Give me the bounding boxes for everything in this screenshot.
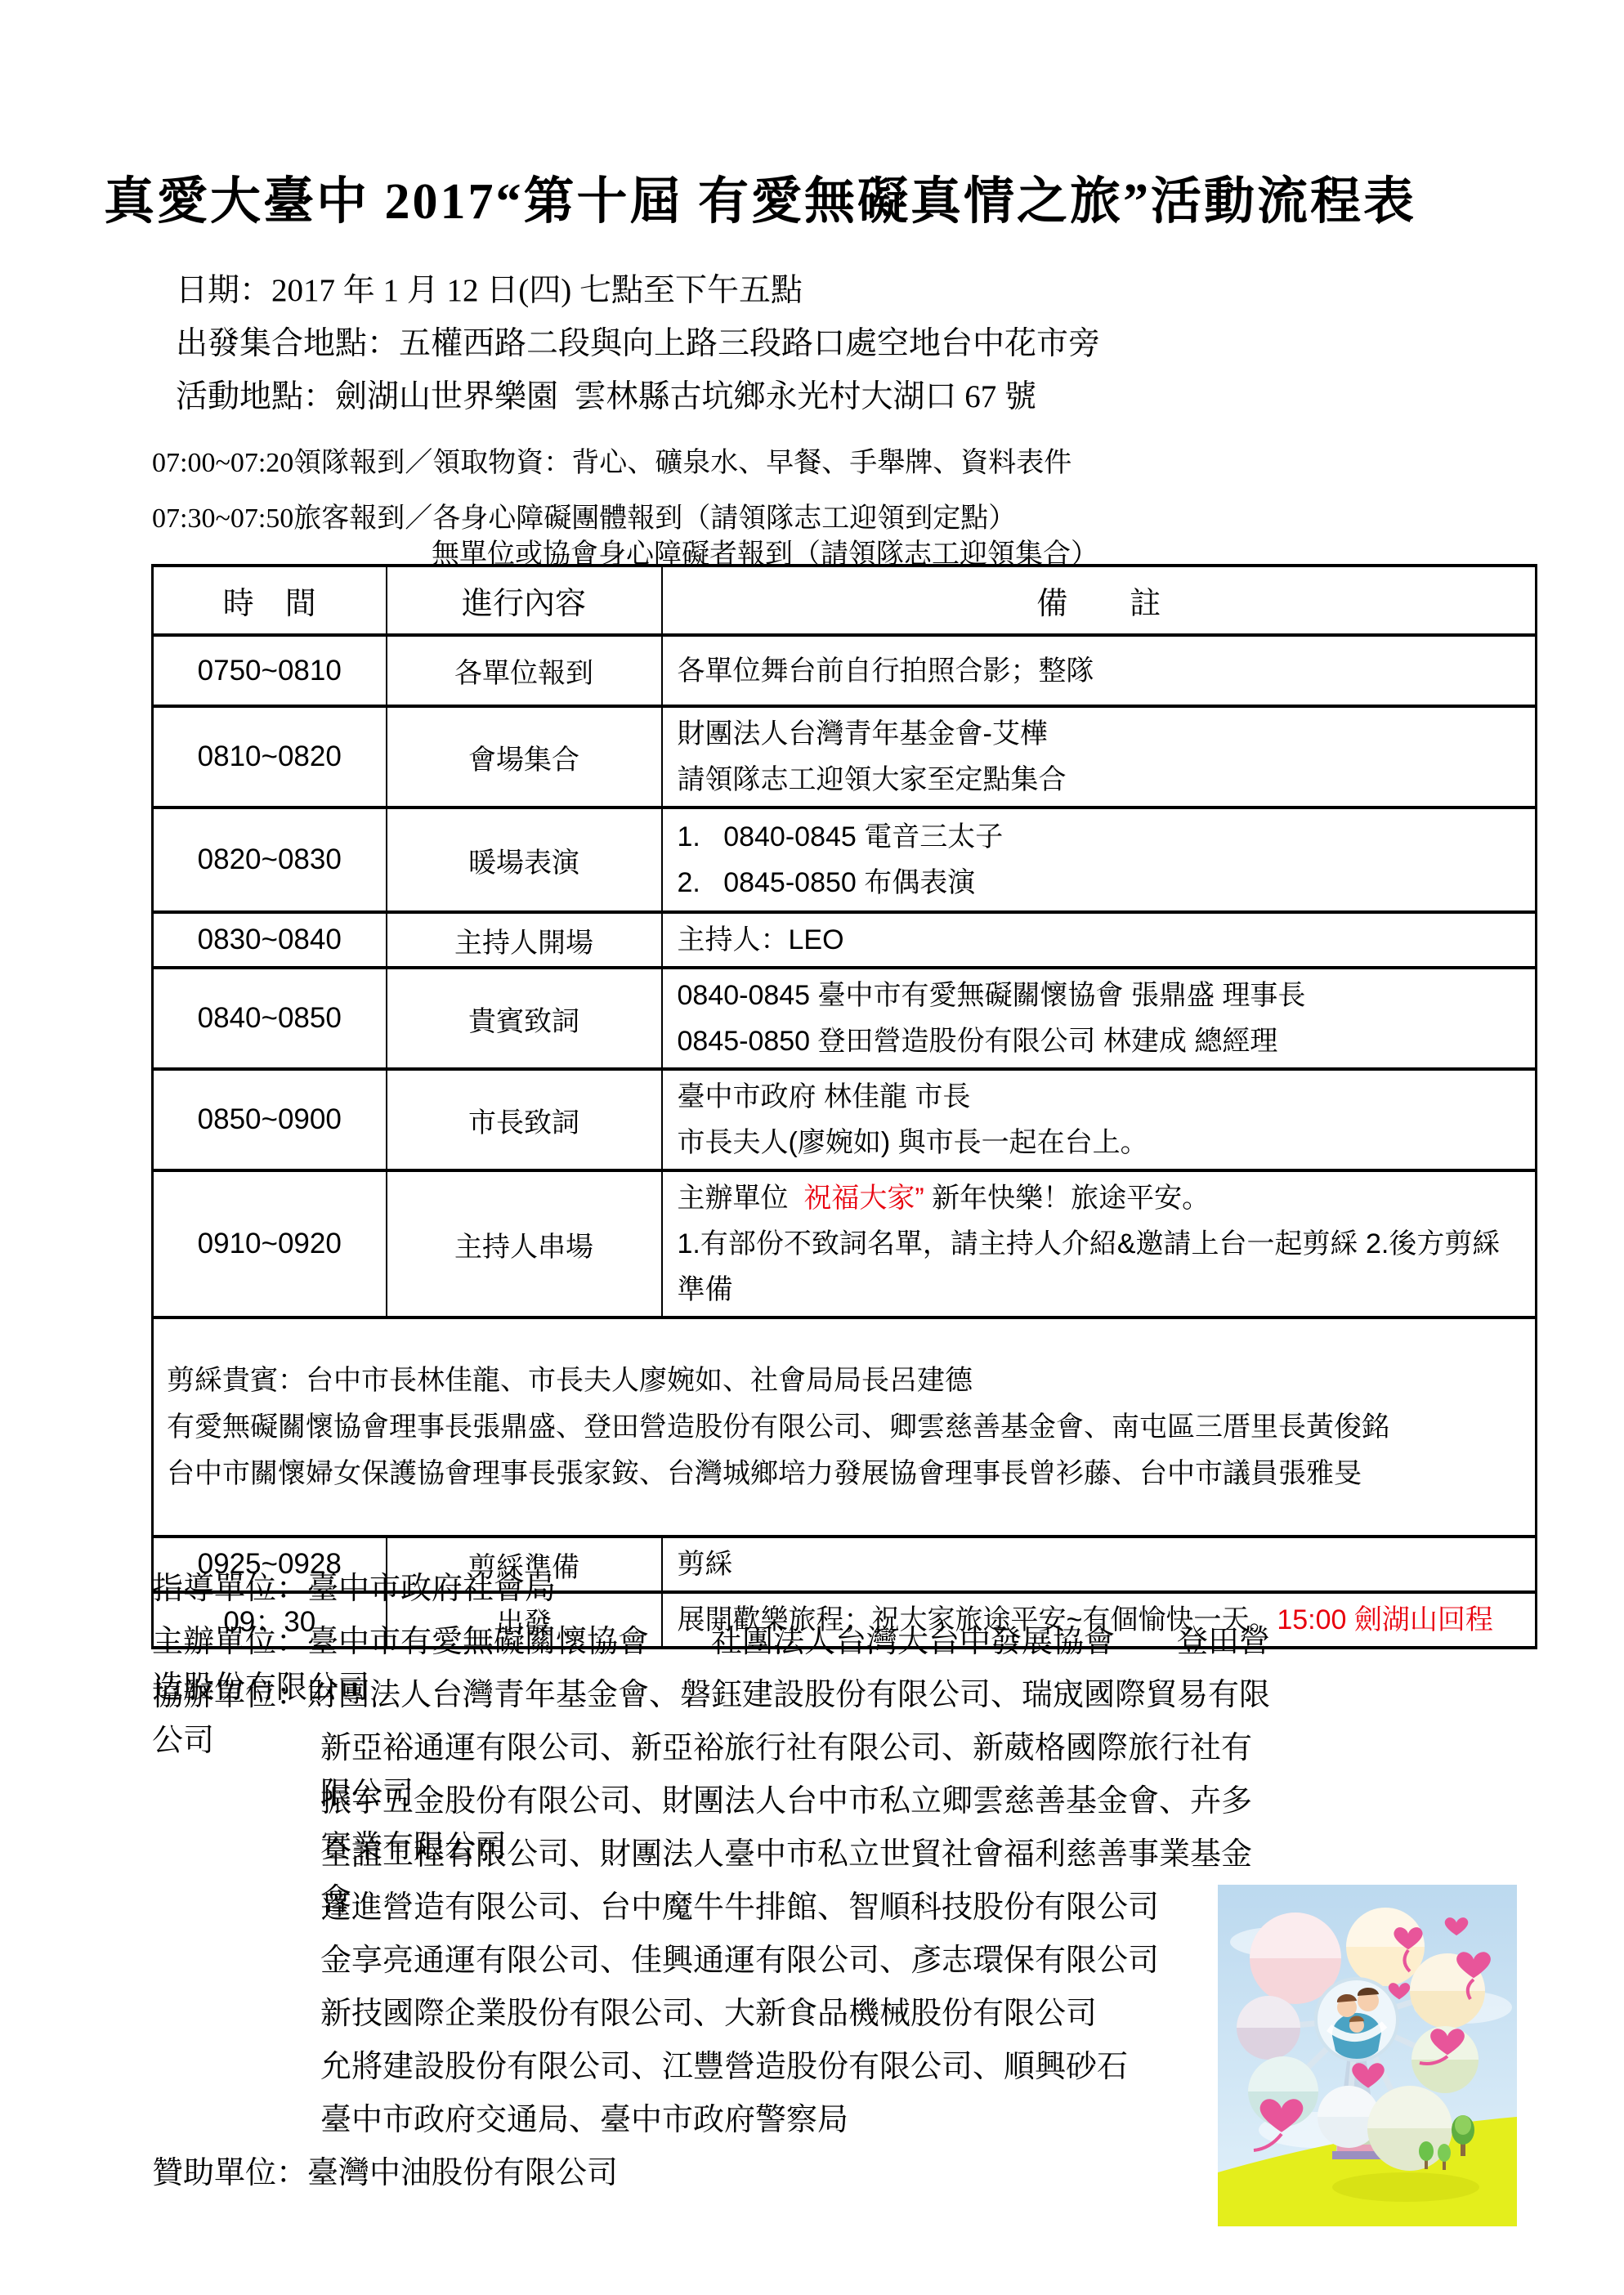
activity-cell: 市長致詞 (387, 1069, 662, 1170)
ribbon-guests-cell: 剪綵貴賓：台中市長林佳龍、市長夫人廖婉如、社會局局長呂建德有愛無礙關懷協會理事長… (153, 1317, 1537, 1537)
note-text: 請領隊志工迎領大家至定點集合 (678, 764, 1067, 795)
time-cell: 0810~0820 (153, 706, 387, 807)
note-text: 新年快樂！旅途平安。 (924, 1183, 1210, 1214)
note-text: 主辦單位 (678, 1183, 804, 1214)
time-cell: 0820~0830 (153, 807, 387, 912)
time-cell: 0750~0810 (153, 635, 387, 706)
note-line: 主辦單位 祝福大家” 新年快樂！旅途平安。 (678, 1175, 1521, 1221)
table-row: 剪綵貴賓：台中市長林佳龍、市長夫人廖婉如、社會局局長呂建德有愛無礙關懷協會理事長… (153, 1317, 1537, 1537)
table-row: 0750~0810各單位報到各單位舞台前自行拍照合影；整隊 (153, 635, 1537, 706)
note-text: 0840-0845 臺中市有愛無礙關懷協會 張鼎盛 理事長 (678, 980, 1306, 1011)
checkin-leaders-line: 07:00~07:20領隊報到／領取物資：背心、礦泉水、早餐、手舉牌、資料表件 (152, 440, 1071, 480)
notes-cell: 主辦單位 祝福大家” 新年快樂！旅途平安。1.有部份不致詞名單，請主持人介紹&邀… (662, 1170, 1537, 1317)
note-text: 2. 0845-0850 布偶表演 (678, 867, 976, 898)
note-text: 1. 0840-0845 電音三太子 (678, 821, 1004, 852)
activity-cell: 會場集合 (387, 706, 662, 807)
time-cell: 0840~0850 (153, 968, 387, 1069)
notes-cell: 1. 0840-0845 電音三太子2. 0845-0850 布偶表演 (662, 807, 1537, 912)
ribbon-guests-line: 剪綵貴賓：台中市長林佳龍、市長夫人廖婉如、社會局局長呂建德 (167, 1358, 1522, 1404)
activity-cell: 各單位報到 (387, 635, 662, 706)
footer-line: 蓬進營造有限公司、台中魔牛牛排館、智順科技股份有限公司 (152, 1885, 1280, 1938)
footer-line-text: 臺灣中油股份有限公司 (307, 2156, 618, 2190)
table-row: 0830~0840主持人開場主持人：LEO (153, 912, 1537, 968)
note-text: 各單位舞台前自行拍照合影；整隊 (678, 655, 1094, 687)
activity-cell: 主持人串場 (387, 1170, 662, 1317)
footer-line-text: 蓬進營造有限公司、台中魔牛牛排館、智順科技股份有限公司 (320, 1890, 1159, 1925)
footer-line: 新技國際企業股份有限公司、大新食品機械股份有限公司 (152, 1991, 1280, 2044)
column-header-content: 進行內容 (387, 566, 662, 635)
event-venue: 活動地點：劍湖山世界樂園 雲林縣古坑鄉永光村大湖口 67 號 (176, 376, 1100, 429)
footer-line: 主辦單位：臺中市有愛無礙關懷協會 社團法人台灣大台中發展協會 登田營造股份有限公… (152, 1619, 1280, 1672)
column-header-time: 時 間 (153, 566, 387, 635)
notes-cell: 臺中市政府 林佳龍 市長市長夫人(廖婉如) 與市長一起在台上。 (662, 1069, 1537, 1170)
note-line: 各單位舞台前自行拍照合影；整隊 (678, 648, 1521, 694)
table-header-row: 時 間 進行內容 備 註 (153, 566, 1537, 635)
event-info: 日期：2017 年 1 月 12 日(四) 七點至下午五點 出發集合地點：五權西… (176, 270, 1100, 429)
activity-cell: 主持人開場 (387, 912, 662, 968)
footer-line: 允將建設股份有限公司、江豐營造股份有限公司、順興砂石 (152, 2044, 1280, 2097)
note-line: 臺中市政府 林佳龍 市長 (678, 1074, 1521, 1120)
note-line: 0845-0850 登田營造股份有限公司 林建成 總經理 (678, 1018, 1521, 1064)
highlighted-red-text: 15:00 劍湖山回程 (1277, 1604, 1493, 1635)
event-schedule-document: 真愛大臺中 2017“第十屆 有愛無礙真情之旅”活動流程表 日期：2017 年 … (0, 0, 1624, 2295)
footer-line-label: 主辦單位： (152, 1625, 307, 1659)
note-line: 請領隊志工迎領大家至定點集合 (678, 757, 1521, 803)
footer-line-text: 允將建設股份有限公司、江豐營造股份有限公司、順興砂石 (320, 2050, 1128, 2084)
footer-line: 臺中市政府交通局、臺中市政府警察局 (152, 2097, 1280, 2150)
note-line: 2. 0845-0850 布偶表演 (678, 860, 1521, 906)
footer-line: 協辦單位：財團法人台灣青年基金會、磐鈺建設股份有限公司、瑞宬國際貿易有限公司 (152, 1672, 1280, 1725)
note-text: 臺中市政府 林佳龍 市長 (678, 1081, 971, 1112)
footer-line-label: 贊助單位： (152, 2156, 307, 2190)
table-row: 0840~0850貴賓致詞0840-0845 臺中市有愛無礙關懷協會 張鼎盛 理… (153, 968, 1537, 1069)
activity-cell: 暖場表演 (387, 807, 662, 912)
footer-line-text: 臺中市政府交通局、臺中市政府警察局 (320, 2103, 848, 2137)
ribbon-guests-line: 台中市關懷婦女保護協會理事長張家銨、台灣城鄉培力發展協會理事長曾衫藤、台中市議員… (167, 1451, 1522, 1497)
note-line: 1. 0840-0845 電音三太子 (678, 814, 1521, 860)
table-row: 0850~0900市長致詞臺中市政府 林佳龍 市長市長夫人(廖婉如) 與市長一起… (153, 1069, 1537, 1170)
footer-line: 全誼工程有限公司、財團法人臺中市私立世貿社會福利慈善事業基金會 (152, 1832, 1280, 1885)
footer-line: 振宇五金股份有限公司、財團法人台中市私立卿雲慈善基金會、卉多實業有限公司 (152, 1778, 1280, 1832)
event-date: 日期：2017 年 1 月 12 日(四) 七點至下午五點 (176, 270, 1100, 323)
highlighted-red-text: 祝福大家” (803, 1183, 924, 1214)
table-row: 0810~0820會場集合財團法人台灣青年基金會-艾樺請領隊志工迎領大家至定點集… (153, 706, 1537, 807)
footer-line: 金享亮通運有限公司、佳興通運有限公司、彥志環保有限公司 (152, 1938, 1280, 1991)
column-header-notes: 備 註 (662, 566, 1537, 635)
notes-cell: 財團法人台灣青年基金會-艾樺請領隊志工迎領大家至定點集合 (662, 706, 1537, 807)
schedule-table-body: 0750~0810各單位報到各單位舞台前自行拍照合影；整隊0810~0820會場… (153, 635, 1537, 1648)
footer-line-label: 指導單位： (152, 1572, 307, 1606)
table-row: 0910~0920主持人串場主辦單位 祝福大家” 新年快樂！旅途平安。1.有部份… (153, 1170, 1537, 1317)
note-line: 1.有部份不致詞名單，請主持人介紹&邀請上台一起剪綵 2.後方剪綵準備 (678, 1221, 1521, 1313)
footer-line: 指導單位：臺中市政府社會局 (152, 1566, 1280, 1619)
note-text: 0845-0850 登田營造股份有限公司 林建成 總經理 (678, 1026, 1278, 1057)
ribbon-guests-line: 有愛無礙關懷協會理事長張鼎盛、登田營造股份有限公司、卿雲慈善基金會、南屯區三厝里… (167, 1404, 1522, 1451)
schedule-table: 時 間 進行內容 備 註 0750~0810各單位報到各單位舞台前自行拍照合影；… (151, 564, 1537, 1649)
footer-units: 指導單位：臺中市政府社會局主辦單位：臺中市有愛無礙關懷協會 社團法人台灣大台中發… (152, 1566, 1280, 2203)
note-line: 0840-0845 臺中市有愛無礙關懷協會 張鼎盛 理事長 (678, 973, 1521, 1018)
activity-cell: 貴賓致詞 (387, 968, 662, 1069)
note-text: 1.有部份不致詞名單，請主持人介紹&邀請上台一起剪綵 2.後方剪綵準備 (678, 1228, 1501, 1305)
footer-line-text: 新技國際企業股份有限公司、大新食品機械股份有限公司 (320, 1997, 1097, 2031)
footer-line-label: 協辦單位： (152, 1678, 307, 1712)
checkin-passengers-line: 07:30~07:50旅客報到／各身心障礙團體報到（請領隊志工迎領到定點） (152, 495, 1016, 535)
family-hub (1316, 1979, 1398, 2060)
notes-cell: 0840-0845 臺中市有愛無礙關懷協會 張鼎盛 理事長0845-0850 登… (662, 968, 1537, 1069)
footer-line-text: 臺中市政府社會局 (307, 1572, 556, 1606)
time-cell: 0850~0900 (153, 1069, 387, 1170)
time-cell: 0830~0840 (153, 912, 387, 968)
note-text: 主持人：LEO (678, 924, 844, 955)
event-meeting-point: 出發集合地點：五權西路二段與向上路三段路口處空地台中花市旁 (176, 323, 1100, 376)
note-text: 財團法人台灣青年基金會-艾樺 (678, 718, 1048, 749)
note-line: 財團法人台灣青年基金會-艾樺 (678, 711, 1521, 757)
page-title: 真愛大臺中 2017“第十屆 有愛無礙真情之旅”活動流程表 (0, 160, 1520, 233)
note-line: 主持人：LEO (678, 917, 1521, 963)
footer-line: 贊助單位：臺灣中油股份有限公司 (152, 2150, 1280, 2203)
note-line: 市長夫人(廖婉如) 與市長一起在台上。 (678, 1120, 1521, 1165)
notes-cell: 主持人：LEO (662, 912, 1537, 968)
time-cell: 0910~0920 (153, 1170, 387, 1317)
footer-line-text: 金享亮通運有限公司、佳興通運有限公司、彥志環保有限公司 (320, 1944, 1159, 1978)
note-text: 市長夫人(廖婉如) 與市長一起在台上。 (678, 1127, 1148, 1158)
theme-park-illustration (1218, 1885, 1517, 2226)
table-row: 0820~0830暖場表演1. 0840-0845 電音三太子2. 0845-0… (153, 807, 1537, 912)
notes-cell: 各單位舞台前自行拍照合影；整隊 (662, 635, 1537, 706)
footer-line: 新亞裕通運有限公司、新亞裕旅行社有限公司、新葳格國際旅行社有限公司 (152, 1725, 1280, 1778)
